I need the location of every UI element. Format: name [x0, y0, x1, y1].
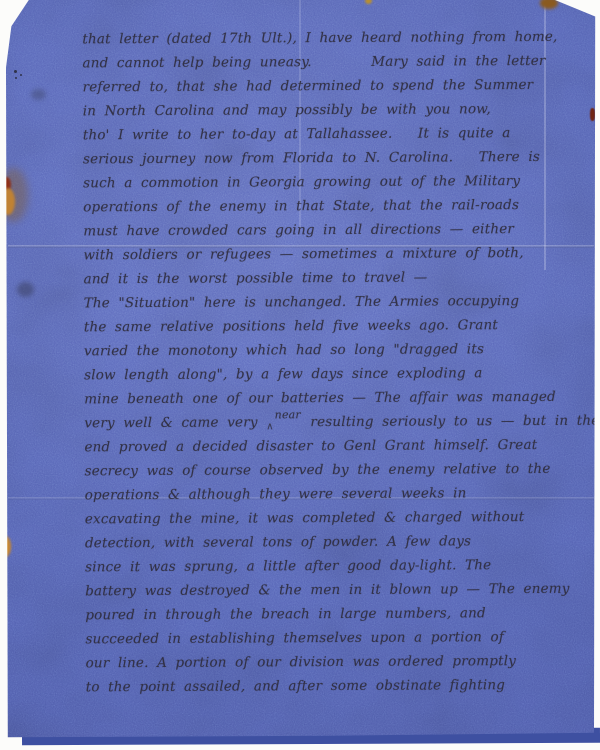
ink-speck: [15, 77, 17, 79]
letter-line-28: to the point assailed, and after some ob…: [86, 673, 592, 700]
letter-line-6: serious journey now from Florida to N. C…: [83, 145, 589, 172]
letter-line-21: excavating the mine, it was completed & …: [85, 505, 591, 532]
top-edge-stain: [540, 0, 558, 9]
letter-line-5: tho' I write to her to-day at Tallahasse…: [83, 121, 589, 148]
letter-line-10: with soldiers or refugees — sometimes a …: [83, 241, 589, 268]
letter-line-14: varied the monotony which had so long "d…: [84, 337, 590, 364]
rust-dot: [0, 536, 11, 557]
letter-line-23: since it was sprung, a little after good…: [85, 553, 591, 580]
letter-line-4: in North Carolina and may possibly be wi…: [83, 97, 589, 124]
letter-paper: that letter (dated 17th Ult.), I have he…: [0, 0, 600, 750]
letter-line-1: that letter (dated 17th Ult.), I have he…: [82, 25, 588, 52]
ink-smudge: [17, 282, 34, 297]
letter-line-20: operations & although they were several …: [85, 481, 591, 508]
letter-line-8: operations of the enemy in that State, t…: [83, 193, 589, 220]
right-edge-mark: [590, 108, 595, 121]
interline-inserted-word: near: [275, 403, 301, 427]
letter-line-3: referred to, that she had determined to …: [82, 73, 588, 100]
letter-line-17: very well & came very ∧near resulting se…: [84, 409, 590, 436]
letter-line-15: slow length along", by a few days since …: [84, 361, 590, 388]
letter-line-13: the same relative positions held five we…: [84, 313, 590, 340]
letter-line-9: must have crowded cars going in all dire…: [83, 217, 589, 244]
letter-line-22: detection, with several tons of powder. …: [85, 529, 591, 556]
ink-speck: [20, 74, 22, 76]
letter-line-26: succeeded in establishing themselves upo…: [85, 625, 591, 652]
letter-line-16: mine beneath one of our batteries — The …: [84, 385, 590, 412]
letter-body: that letter (dated 17th Ult.), I have he…: [82, 25, 592, 700]
ink-smudge: [31, 89, 46, 100]
rust-stain: [1, 188, 15, 215]
letter-line-11: and it is the worst possible time to tra…: [84, 265, 590, 292]
ink-speck: [14, 70, 17, 73]
letter-line-25: poured in through the breach in large nu…: [85, 601, 591, 628]
letter-line-27: our line. A portion of our division was …: [86, 649, 592, 676]
letter-line-24: battery was destroyed & the men in it bl…: [85, 577, 591, 604]
insertion-caret: ∧: [266, 415, 274, 439]
letter-line-18: end proved a decided disaster to Genl Gr…: [84, 433, 590, 460]
top-edge-dot: [365, 0, 372, 4]
letter-line-12: The "Situation" here is unchanged. The A…: [84, 289, 590, 316]
rust-stain-core: [2, 177, 11, 192]
scanned-letter-page: that letter (dated 17th Ult.), I have he…: [0, 0, 600, 750]
letter-line-7: such a commotion in Georgia growing out …: [83, 169, 589, 196]
rust-stain-halo: [0, 168, 28, 222]
letter-line-2: and cannot help being uneasy. Mary said …: [82, 49, 588, 76]
letter-line-19: secrecy was of course observed by the en…: [85, 457, 591, 484]
